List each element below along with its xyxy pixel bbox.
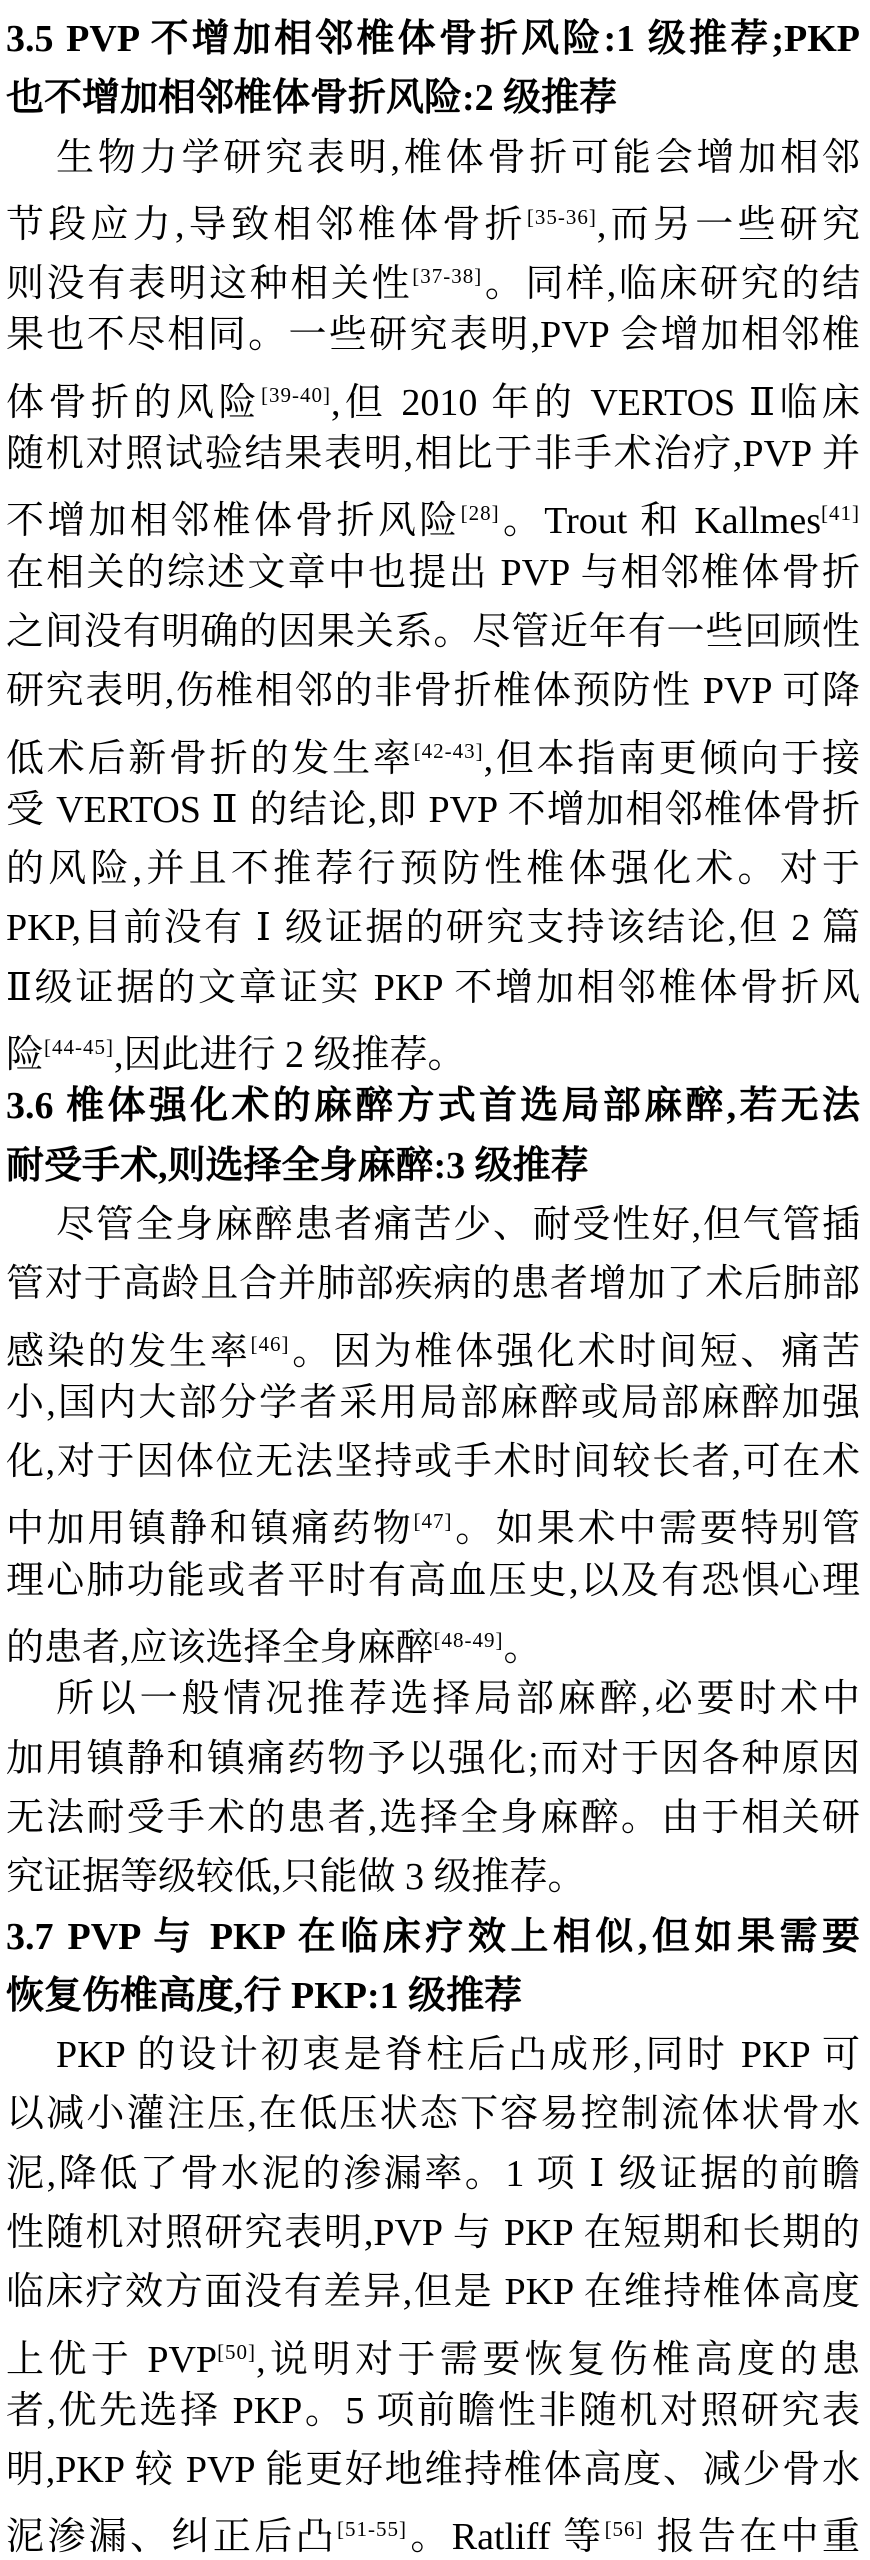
- text-run: 泥渗漏、纠正后凸: [6, 2516, 337, 2558]
- reference-superscript: [41]: [821, 501, 860, 525]
- body-text-line: 受 VERTOS Ⅱ 的结论,即 PVP 不增加相邻椎体骨折: [6, 781, 860, 840]
- body-text-line: 果也不尽相同。一些研究表明,PVP 会增加相邻椎: [6, 306, 860, 365]
- section-heading-line: 3.7 PVP 与 PKP 在临床疗效上相似,但如果需要: [6, 1908, 860, 1967]
- body-text-line: 究证据等级较低,只能做 3 级推荐。: [6, 1848, 860, 1907]
- text-run: 。Ratliff 等: [407, 2516, 605, 2558]
- body-text-line: 泥渗漏、纠正后凸[51-55]。Ratliff 等[56] 报告在中重: [6, 2500, 860, 2559]
- body-text-line: 性随机对照研究表明,PVP 与 PKP 在短期和长期的: [6, 2204, 860, 2263]
- text-run: 3.7 PVP 与 PKP 在临床疗效上相似,但如果需要: [6, 1916, 860, 1958]
- body-text-line: 无法耐受手术的患者,选择全身麻醉。由于相关研: [6, 1789, 860, 1848]
- body-text-line: 明,PKP 较 PVP 能更好地维持椎体高度、减少骨水: [6, 2441, 860, 2500]
- text-run: 不增加相邻椎体骨折风险: [6, 500, 461, 542]
- reference-superscript: [48-49]: [434, 1628, 504, 1652]
- body-text-line: 在相关的综述文章中也提出 PVP 与相邻椎体骨折: [6, 544, 860, 603]
- text-run: 的患者,应该选择全身麻醉: [6, 1627, 434, 1669]
- body-text-line: 所以一般情况推荐选择局部麻醉,必要时术中: [6, 1670, 860, 1729]
- text-run: 随机对照试验结果表明,相比于非手术治疗,PVP 并: [6, 433, 860, 475]
- body-text-line: 的患者,应该选择全身麻醉[48-49]。: [6, 1611, 860, 1670]
- text-run: 3.6 椎体强化术的麻醉方式首选局部麻醉,若无法: [6, 1085, 860, 1127]
- text-run: 险: [6, 1034, 44, 1076]
- body-text-line: 不增加相邻椎体骨折风险[28]。Trout 和 Kallmes[41]: [6, 484, 860, 543]
- text-run: 3.5 PVP 不增加相邻椎体骨折风险:1 级推荐;PKP: [6, 18, 860, 60]
- reference-superscript: [56]: [605, 2517, 644, 2541]
- text-run: ,因此进行 2 级推荐。: [114, 1034, 466, 1076]
- reference-superscript: [37-38]: [412, 264, 482, 288]
- reference-superscript: [42-43]: [414, 739, 484, 763]
- section-heading-line: 3.5 PVP 不增加相邻椎体骨折风险:1 级推荐;PKP: [6, 10, 860, 69]
- text-run: ,而另一些研究: [597, 204, 860, 246]
- reference-superscript: [51-55]: [337, 2517, 407, 2541]
- text-run: 化,对于因体位无法坚持或手术时间较长者,可在术: [6, 1441, 860, 1483]
- text-run: 泥,降低了骨水泥的渗漏率。1 项 Ⅰ 级证据的前瞻: [6, 2153, 860, 2195]
- text-run: 体骨折的风险: [6, 382, 261, 424]
- text-run: ,但本指南更倾向于接: [484, 738, 860, 780]
- body-text-line: 的风险,并且不推荐行预防性椎体强化术。对于: [6, 840, 860, 899]
- body-text-line: PKP 的设计初衷是脊柱后凸成形,同时 PKP 可: [6, 2026, 860, 2085]
- reference-superscript: [28]: [461, 501, 500, 525]
- text-run: 也不增加相邻椎体骨折风险:2 级推荐: [6, 77, 617, 119]
- text-run: 理心肺功能或者平时有高血压史,以及有恐惧心理: [6, 1560, 860, 1602]
- text-run: 果也不尽相同。一些研究表明,PVP 会增加相邻椎: [6, 314, 860, 356]
- text-run: 恢复伤椎高度,行 PKP:1 级推荐: [6, 1975, 522, 2017]
- body-text-line: 加用镇静和镇痛药物予以强化;而对于因各种原因: [6, 1730, 860, 1789]
- body-text-line: 泥,降低了骨水泥的渗漏率。1 项 Ⅰ 级证据的前瞻: [6, 2145, 860, 2204]
- text-run: 小,国内大部分学者采用局部麻醉或局部麻醉加强: [6, 1382, 860, 1424]
- body-text-line: 管对于高龄且合并肺部疾病的患者增加了术后肺部: [6, 1255, 860, 1314]
- body-text-line: 险[44-45],因此进行 2 级推荐。: [6, 1018, 860, 1077]
- text-run: 所以一般情况推荐选择局部麻醉,必要时术中: [56, 1678, 860, 1720]
- scanned-paper-page: 3.5 PVP 不增加相邻椎体骨折风险:1 级推荐;PKP也不增加相邻椎体骨折风…: [0, 0, 870, 2560]
- text-run: 性随机对照研究表明,PVP 与 PKP 在短期和长期的: [6, 2212, 860, 2254]
- text-run: 以减小灌注压,在低压状态下容易控制流体状骨水: [6, 2093, 860, 2135]
- section-heading-line: 也不增加相邻椎体骨折风险:2 级推荐: [6, 69, 860, 128]
- text-run: ,但 2010 年的 VERTOS Ⅱ临床: [331, 382, 860, 424]
- reference-superscript: [39-40]: [261, 383, 331, 407]
- text-run: 加用镇静和镇痛药物予以强化;而对于因各种原因: [6, 1738, 860, 1780]
- text-run: 受 VERTOS Ⅱ 的结论,即 PVP 不增加相邻椎体骨折: [6, 789, 860, 831]
- body-text-line: 之间没有明确的因果关系。尽管近年有一些回顾性: [6, 603, 860, 662]
- text-run: 者,优先选择 PKP。5 项前瞻性非随机对照研究表: [6, 2390, 860, 2432]
- reference-superscript: [44-45]: [44, 1035, 114, 1059]
- text-run: PKP 的设计初衷是脊柱后凸成形,同时 PKP 可: [56, 2034, 860, 2076]
- body-text-line: 则没有表明这种相关性[37-38]。同样,临床研究的结: [6, 247, 860, 306]
- body-text-line: 节段应力,导致相邻椎体骨折[35-36],而另一些研究: [6, 188, 860, 247]
- text-run: 上优于 PVP: [6, 2339, 217, 2381]
- reference-superscript: [35-36]: [527, 205, 597, 229]
- body-text-line: 化,对于因体位无法坚持或手术时间较长者,可在术: [6, 1433, 860, 1492]
- text-run: 无法耐受手术的患者,选择全身麻醉。由于相关研: [6, 1797, 860, 1839]
- text-run: 。同样,临床研究的结: [482, 263, 860, 305]
- body-text-line: 临床疗效方面没有差异,但是 PKP 在维持椎体高度: [6, 2263, 860, 2322]
- text-column: 3.5 PVP 不增加相邻椎体骨折风险:1 级推荐;PKP也不增加相邻椎体骨折风…: [6, 10, 860, 2560]
- text-run: 则没有表明这种相关性: [6, 263, 412, 305]
- text-run: 在相关的综述文章中也提出 PVP 与相邻椎体骨折: [6, 552, 860, 594]
- text-run: 明,PKP 较 PVP 能更好地维持椎体高度、减少骨水: [6, 2449, 860, 2491]
- text-run: 尽管全身麻醉患者痛苦少、耐受性好,但气管插: [56, 1204, 860, 1246]
- text-run: ,说明对于需要恢复伤椎高度的患: [256, 2339, 860, 2381]
- body-text-line: 尽管全身麻醉患者痛苦少、耐受性好,但气管插: [6, 1196, 860, 1255]
- text-run: 中加用镇静和镇痛药物: [6, 1508, 414, 1550]
- body-text-line: 以减小灌注压,在低压状态下容易控制流体状骨水: [6, 2085, 860, 2144]
- text-run: 之间没有明确的因果关系。尽管近年有一些回顾性: [6, 611, 860, 653]
- section-heading-line: 3.6 椎体强化术的麻醉方式首选局部麻醉,若无法: [6, 1077, 860, 1136]
- reference-superscript: [47]: [414, 1509, 453, 1533]
- text-run: Ⅱ级证据的文章证实 PKP 不增加相邻椎体骨折风: [6, 967, 860, 1009]
- body-text-line: 小,国内大部分学者采用局部麻醉或局部麻醉加强: [6, 1374, 860, 1433]
- text-run: 耐受手术,则选择全身麻醉:3 级推荐: [6, 1145, 589, 1187]
- section-heading-line: 恢复伤椎高度,行 PKP:1 级推荐: [6, 1967, 860, 2026]
- text-run: PKP,目前没有 Ⅰ 级证据的研究支持该结论,但 2 篇: [6, 907, 860, 949]
- body-text-line: 研究表明,伤椎相邻的非骨折椎体预防性 PVP 可降: [6, 662, 860, 721]
- text-run: 研究表明,伤椎相邻的非骨折椎体预防性 PVP 可降: [6, 670, 860, 712]
- body-text-line: 中加用镇静和镇痛药物[47]。如果术中需要特别管: [6, 1492, 860, 1551]
- body-text-line: Ⅱ级证据的文章证实 PKP 不增加相邻椎体骨折风: [6, 959, 860, 1018]
- reference-superscript: [46]: [251, 1332, 290, 1356]
- text-run: 管对于高龄且合并肺部疾病的患者增加了术后肺部: [6, 1263, 860, 1305]
- body-text-line: 体骨折的风险[39-40],但 2010 年的 VERTOS Ⅱ临床: [6, 366, 860, 425]
- body-text-line: PKP,目前没有 Ⅰ 级证据的研究支持该结论,但 2 篇: [6, 899, 860, 958]
- body-text-line: 随机对照试验结果表明,相比于非手术治疗,PVP 并: [6, 425, 860, 484]
- text-run: 临床疗效方面没有差异,但是 PKP 在维持椎体高度: [6, 2271, 860, 2313]
- body-text-line: 生物力学研究表明,椎体骨折可能会增加相邻: [6, 129, 860, 188]
- text-run: 究证据等级较低,只能做 3 级推荐。: [6, 1856, 586, 1898]
- section-heading-line: 耐受手术,则选择全身麻醉:3 级推荐: [6, 1137, 860, 1196]
- text-run: 报告在中重: [644, 2516, 860, 2558]
- body-text-line: 理心肺功能或者平时有高血压史,以及有恐惧心理: [6, 1552, 860, 1611]
- text-run: 。因为椎体强化术时间短、痛苦: [290, 1331, 860, 1373]
- text-run: 。Trout 和 Kallmes: [500, 500, 821, 542]
- text-run: 低术后新骨折的发生率: [6, 738, 414, 780]
- text-run: 的风险,并且不推荐行预防性椎体强化术。对于: [6, 848, 860, 890]
- text-run: 节段应力,导致相邻椎体骨折: [6, 204, 527, 246]
- body-text-line: 低术后新骨折的发生率[42-43],但本指南更倾向于接: [6, 722, 860, 781]
- body-text-line: 上优于 PVP[50],说明对于需要恢复伤椎高度的患: [6, 2323, 860, 2382]
- body-text-line: 者,优先选择 PKP。5 项前瞻性非随机对照研究表: [6, 2382, 860, 2441]
- text-run: 。如果术中需要特别管: [453, 1508, 861, 1550]
- body-text-line: 感染的发生率[46]。因为椎体强化术时间短、痛苦: [6, 1315, 860, 1374]
- reference-superscript: [50]: [217, 2340, 256, 2364]
- text-run: 。: [504, 1627, 542, 1669]
- text-run: 生物力学研究表明,椎体骨折可能会增加相邻: [56, 137, 860, 179]
- text-run: 感染的发生率: [6, 1331, 251, 1373]
